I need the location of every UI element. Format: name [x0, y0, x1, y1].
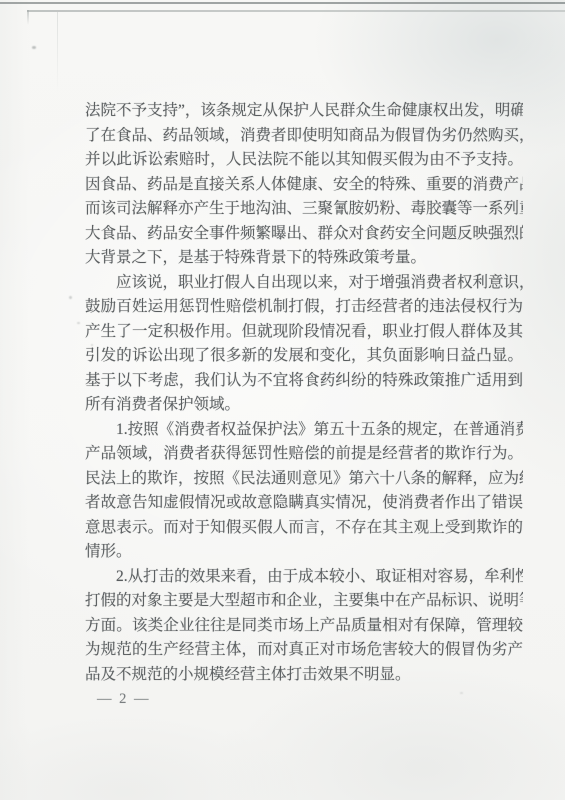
scan-speck	[460, 692, 463, 694]
text-line: 产品领域，消费者获得惩罚性赔偿的前提是经营者的欺诈行为。	[85, 442, 523, 467]
text-line: 民法上的欺诈，按照《民法通则意见》第六十八条的解释，应为经营	[85, 467, 523, 492]
text-line: 大背景之下，是基于特殊背景下的特殊政策考量。	[85, 246, 523, 271]
text-line: 而该司法解释亦产生于地沟油、三聚氰胺奶粉、毒胶囊等一系列重	[85, 197, 523, 222]
scan-inner-edge-line	[27, 10, 565, 12]
text-line: 所有消费者保护领域。	[85, 393, 523, 418]
text-line: 基于以下考虑，我们认为不宜将食药纠纷的特殊政策推广适用到	[85, 369, 523, 394]
text-line: 产生了一定积极作用。但就现阶段情况看，职业打假人群体及其	[85, 320, 523, 345]
text-line: 方面。该类企业往往是同类市场上产品质量相对有保障，管理较	[85, 614, 523, 639]
text-line: 应该说，职业打假人自出现以来，对于增强消费者权利意识，	[85, 271, 523, 296]
text-line: 为规范的生产经营主体，而对真正对市场危害较大的假冒伪劣产	[85, 638, 523, 663]
text-line: 2.从打击的效果来看，由于成本较小、取证相对容易，牟利性	[85, 565, 523, 590]
scan-speck	[77, 322, 80, 324]
text-line: 品及不规范的小规模经营主体打击效果不明显。	[85, 663, 523, 688]
scanned-document-page: 法院不予支持”，该条规定从保护人民群众生命健康权出发，明确了在食品、药品领域，消…	[0, 0, 565, 800]
text-line: 并以此诉讼索赔时，人民法院不能以其知假买假为由不予支持。	[85, 148, 523, 173]
text-line: 情形。	[85, 540, 523, 565]
text-line: 大食品、药品安全事件频繁曝出、群众对食药安全问题反映强烈的	[85, 222, 523, 247]
text-line: 了在食品、药品领域，消费者即使明知商品为假冒伪劣仍然购买，	[85, 124, 523, 149]
text-line: 因食品、药品是直接关系人体健康、安全的特殊、重要的消费产品，	[85, 173, 523, 198]
scan-left-edge-line	[57, 12, 58, 92]
text-line: 打假的对象主要是大型超市和企业，主要集中在产品标识、说明等	[85, 589, 523, 614]
text-line: 鼓励百姓运用惩罚性赔偿机制打假，打击经营者的违法侵权行为	[85, 295, 523, 320]
scan-speck	[69, 296, 72, 299]
text-line: 1.按照《消费者权益保护法》第五十五条的规定，在普通消费	[85, 418, 523, 443]
text-line: 者故意告知虚假情况或故意隐瞒真实情况，使消费者作出了错误	[85, 491, 523, 516]
document-body-text: 法院不予支持”，该条规定从保护人民群众生命健康权出发，明确了在食品、药品领域，消…	[85, 99, 523, 687]
text-line: 法院不予支持”，该条规定从保护人民群众生命健康权出发，明确	[85, 99, 523, 124]
scan-speck	[32, 46, 36, 49]
text-line: 引发的诉讼出现了很多新的发展和变化，其负面影响日益凸显。	[85, 344, 523, 369]
scan-top-edge-line	[0, 2, 565, 4]
text-line: 意思表示。而对于知假买假人而言，不存在其主观上受到欺诈的	[85, 516, 523, 541]
page-number: — 2 —	[97, 691, 151, 708]
scan-edge-corner-line	[27, 10, 29, 25]
